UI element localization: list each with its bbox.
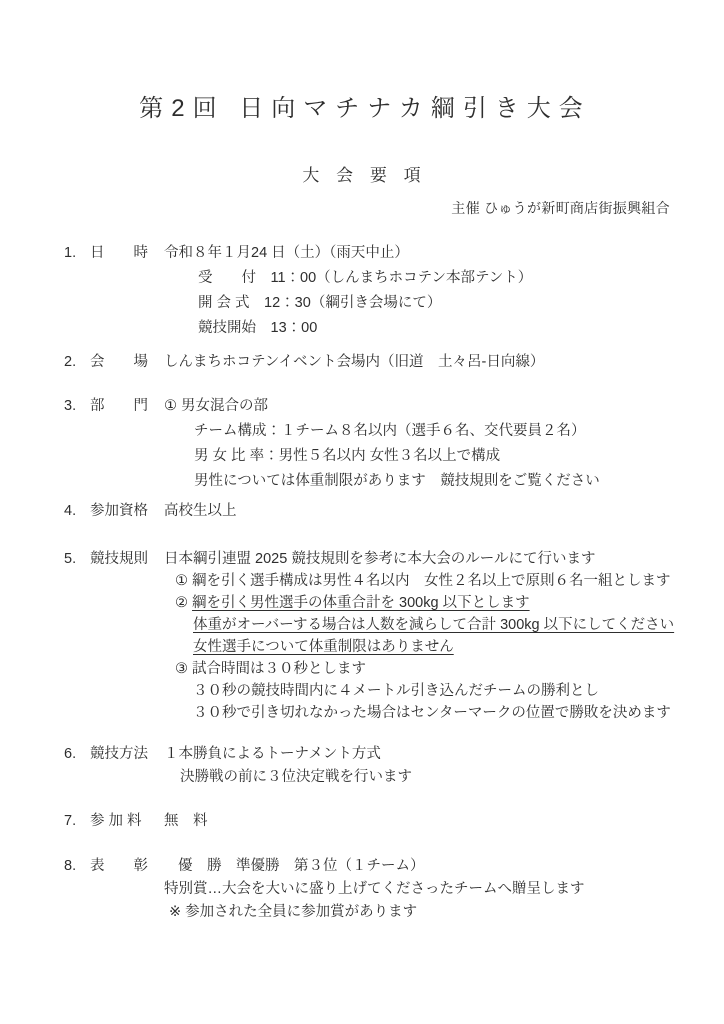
section-line: ※ 参加された全員に参加賞があります [169, 901, 704, 924]
line-text: 試合時間は３０秒とします [192, 661, 366, 677]
section-content: 無 料 [164, 809, 704, 834]
section-heading: 競技規則 [90, 548, 164, 570]
line-text: 高校生以上 [164, 503, 237, 519]
section-number: 3. [64, 394, 90, 419]
section-heading: 表 彰 [90, 855, 164, 878]
section-line: 競技開始 13：00 [198, 316, 704, 341]
line-text: 受 付 11：00（しんまちホコテン本部テント） [198, 270, 532, 286]
section-number: 5. [64, 548, 90, 570]
section-6: 6.競技方法１本勝負によるトーナメント方式決勝戦の前に３位決定戦を行います [64, 743, 704, 789]
section-number: 4. [64, 499, 90, 524]
section-line: 特別賞…大会を大いに盛り上げてくださったチームへ贈呈します [164, 878, 704, 901]
section-5: 5.競技規則日本綱引連盟 2025 競技規則を参考に本大会のルールにて行います①… [64, 548, 704, 724]
line-text: 特別賞…大会を大いに盛り上げてくださったチームへ贈呈します [164, 881, 585, 897]
section-line: 男性については体重制限があります 競技規則をご覧ください [194, 469, 704, 494]
section-line: 優 勝 準優勝 第３位（１チーム） [178, 855, 704, 878]
section-line: 体重がオーバーする場合は人数を減らして合計 300kg 以下にしてください [193, 614, 704, 636]
line-text: 令和８年１月24 日（土）（雨天中止） [164, 245, 409, 261]
line-text: 体重がオーバーする場合は人数を減らして合計 300kg 以下にしてください [193, 617, 674, 633]
section-content: 優 勝 準優勝 第３位（１チーム）特別賞…大会を大いに盛り上げてくださったチーム… [164, 855, 704, 924]
section-line: 高校生以上 [164, 499, 704, 524]
line-text: ３０秒の競技時間内に４メートル引き込んだチームの勝利とし [193, 683, 599, 699]
circled-number: ① [164, 398, 181, 414]
organizer-line: 主催 ひゅうが新町商店街振興組合 [451, 198, 670, 218]
line-text: しんまちホコテンイベント会場内（旧道 土々呂-日向線） [164, 354, 544, 370]
line-text: 決勝戦の前に３位決定戦を行います [180, 769, 412, 785]
section-heading: 競技方法 [90, 743, 164, 766]
section-line: 無 料 [164, 809, 704, 834]
line-text: 男女混合の部 [181, 398, 268, 414]
circled-number: ① [175, 573, 192, 589]
section-heading: 部 門 [90, 394, 164, 419]
section-content: 令和８年１月24 日（土）（雨天中止）受 付 11：00（しんまちホコテン本部テ… [164, 241, 704, 341]
section-number: 1. [64, 241, 90, 266]
section-heading: 参加資格 [90, 499, 164, 524]
section-heading: 日 時 [90, 241, 164, 266]
section-line: 日本綱引連盟 2025 競技規則を参考に本大会のルールにて行います [164, 548, 704, 570]
section-8: 8.表 彰優 勝 準優勝 第３位（１チーム）特別賞…大会を大いに盛り上げてくださ… [64, 855, 704, 924]
line-text: 日本綱引連盟 2025 競技規則を参考に本大会のルールにて行います [164, 551, 596, 567]
section-line: １本勝負によるトーナメント方式 [164, 743, 704, 766]
line-text: チーム構成：１チーム８名以内（選手６名、交代要員２名） [194, 423, 586, 439]
line-text: 綱を引く選手構成は男性４名以内 女性２名以上で原則６名一組とします [192, 573, 671, 589]
section-line: 女性選手について体重制限はありません [193, 636, 704, 658]
section-2: 2.会 場しんまちホコテンイベント会場内（旧道 土々呂-日向線） [64, 350, 704, 375]
line-text: 男 女 比 率：男性５名以内 女性３名以上で構成 [194, 448, 500, 464]
section-content: １本勝負によるトーナメント方式決勝戦の前に３位決定戦を行います [164, 743, 704, 789]
section-number: 2. [64, 350, 90, 375]
circled-number: ② [175, 595, 192, 611]
section-line: ① 綱を引く選手構成は男性４名以内 女性２名以上で原則６名一組とします [175, 570, 704, 592]
document-title: 第2回 日向マチナカ綱引き大会 [0, 88, 724, 123]
section-line: ③ 試合時間は３０秒とします [175, 658, 704, 680]
section-line: 開 会 式 12：30（綱引き会場にて） [198, 291, 704, 316]
section-line: チーム構成：１チーム８名以内（選手６名、交代要員２名） [194, 419, 704, 444]
section-line: ① 男女混合の部 [164, 394, 704, 419]
section-number: 6. [64, 743, 90, 766]
line-text: １本勝負によるトーナメント方式 [164, 746, 381, 762]
line-text: 女性選手について体重制限はありません [193, 639, 454, 655]
section-content: 高校生以上 [164, 499, 704, 524]
line-text: 優 勝 準優勝 第３位（１チーム） [178, 858, 425, 874]
section-line: ② 綱を引く男性選手の体重合計を 300kg 以下とします [175, 592, 704, 614]
section-content: ① 男女混合の部チーム構成：１チーム８名以内（選手６名、交代要員２名）男 女 比… [164, 394, 704, 494]
circled-number: ③ [175, 661, 192, 677]
line-text: 開 会 式 12：30（綱引き会場にて） [198, 295, 441, 311]
section-line: ３０秒の競技時間内に４メートル引き込んだチームの勝利とし [193, 680, 704, 702]
section-heading: 参 加 料 [90, 809, 164, 834]
line-text: ※ 参加された全員に参加賞があります [169, 904, 417, 920]
section-content: 日本綱引連盟 2025 競技規則を参考に本大会のルールにて行います① 綱を引く選… [164, 548, 704, 724]
section-7: 7.参 加 料無 料 [64, 809, 704, 834]
line-text: 競技開始 13：00 [198, 320, 317, 336]
section-3: 3.部 門① 男女混合の部チーム構成：１チーム８名以内（選手６名、交代要員２名）… [64, 394, 704, 494]
line-text: ３０秒で引き切れなかった場合はセンターマークの位置で勝敗を決めます [193, 705, 671, 721]
section-line: 令和８年１月24 日（土）（雨天中止） [164, 241, 704, 266]
section-content: しんまちホコテンイベント会場内（旧道 土々呂-日向線） [164, 350, 704, 375]
section-number: 7. [64, 809, 90, 834]
section-line: 受 付 11：00（しんまちホコテン本部テント） [198, 266, 704, 291]
section-line: しんまちホコテンイベント会場内（旧道 土々呂-日向線） [164, 350, 704, 375]
section-line: ３０秒で引き切れなかった場合はセンターマークの位置で勝敗を決めます [193, 702, 704, 724]
section-number: 8. [64, 855, 90, 878]
line-text: 男性については体重制限があります 競技規則をご覧ください [194, 473, 600, 489]
section-line: 男 女 比 率：男性５名以内 女性３名以上で構成 [194, 444, 704, 469]
document-subtitle: 大 会 要 項 [0, 161, 724, 186]
section-1: 1.日 時令和８年１月24 日（土）（雨天中止）受 付 11：00（しんまちホコ… [64, 241, 704, 341]
document-page: 第2回 日向マチナカ綱引き大会 大 会 要 項 主催 ひゅうが新町商店街振興組合… [0, 0, 724, 1024]
line-text: 綱を引く男性選手の体重合計を 300kg 以下とします [192, 595, 530, 611]
section-4: 4.参加資格高校生以上 [64, 499, 704, 524]
line-text: 無 料 [164, 813, 208, 829]
section-line: 決勝戦の前に３位決定戦を行います [180, 766, 704, 789]
section-heading: 会 場 [90, 350, 164, 375]
